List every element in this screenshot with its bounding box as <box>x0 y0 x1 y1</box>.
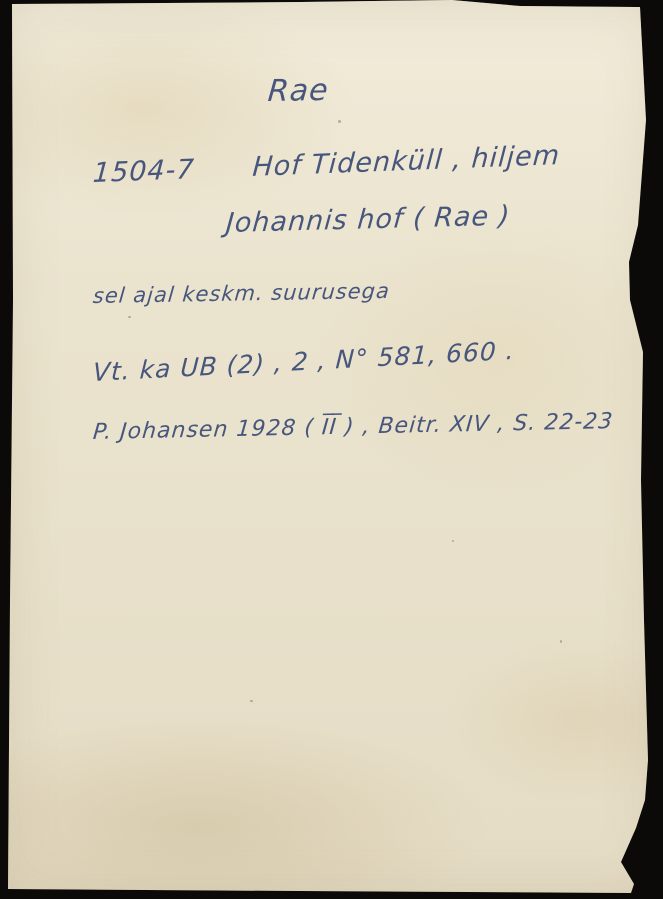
paper-speck <box>452 540 454 542</box>
reference-ub: Vt. ka UB (2) , 2 , N° 581, 660 . <box>92 336 515 387</box>
paper-speck <box>250 700 253 702</box>
paper-speck <box>560 640 562 643</box>
estate-name: Hof Tidenküll , hiljem <box>251 140 561 183</box>
record-number: 1504-7 <box>92 154 196 189</box>
index-card-paper: Rae 1504-7 Hof Tidenküll , hiljem Johann… <box>0 0 663 899</box>
paper-speck <box>128 316 131 318</box>
size-note: sel ajal keskm. suurusega <box>92 279 391 308</box>
heading-line: 1504-7 Hof Tidenküll , hiljem <box>92 140 561 189</box>
paper-speck <box>338 120 341 123</box>
estate-name-continued: Johannis hof ( Rae ) <box>225 201 512 240</box>
card-title: Rae <box>266 73 330 109</box>
scan-background: Rae 1504-7 Hof Tidenküll , hiljem Johann… <box>0 0 663 899</box>
reference-johansen: P. Johansen 1928 ( I̅I̅ ) , Beitr. XIV ,… <box>92 409 614 445</box>
